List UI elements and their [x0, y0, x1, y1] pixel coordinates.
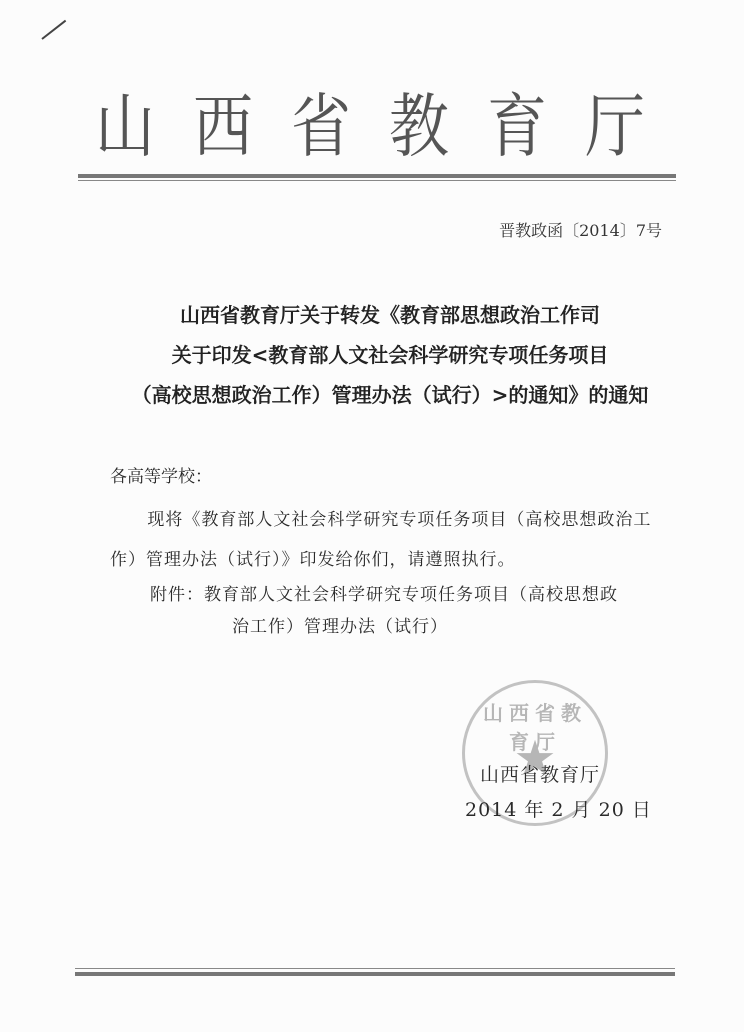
letterhead-title: 山 西 省 教 育 厅 [95, 92, 645, 162]
letterhead-rule-thick [78, 174, 676, 178]
footer-rule-thick [75, 972, 675, 976]
signature-organization: 山西省教育厅 [480, 760, 600, 787]
document-page: 山 西 省 教 育 厅 晋教政函〔2014〕7号 山西省教育厅关于转发《教育部思… [0, 0, 744, 1032]
signature-date: 2014 年 2 月 20 日 [465, 795, 652, 822]
letterhead-rule-thin [78, 180, 676, 181]
document-title: 山西省教育厅关于转发《教育部思想政治工作司 关于印发<教育部人文社会科学研究专项… [100, 295, 680, 415]
title-line: 关于印发<教育部人文社会科学研究专项任务项目 [100, 335, 680, 375]
letterhead-char: 育 [487, 87, 547, 168]
letterhead-char: 厅 [585, 87, 645, 168]
footer-rule-thin [75, 968, 675, 969]
letterhead-char: 教 [389, 87, 449, 168]
title-line: （高校思想政治工作）管理办法（试行）>的通知》的通知 [100, 375, 680, 415]
pen-mark [41, 20, 66, 40]
salutation: 各高等学校： [110, 462, 212, 487]
letterhead-char: 西 [193, 87, 253, 168]
document-number: 晋教政函〔2014〕7号 [499, 218, 662, 241]
body-paragraph: 现将《教育部人文社会科学研究专项任务项目（高校思想政治工作）管理办法（试行）》印… [110, 500, 675, 580]
title-line: 山西省教育厅关于转发《教育部思想政治工作司 [100, 295, 680, 335]
attachment-line: 附件：教育部人文社会科学研究专项任务项目（高校思想政 [150, 575, 675, 615]
attachment-line-continued: 治工作）管理办法（试行） [232, 612, 448, 637]
letterhead-char: 省 [291, 87, 351, 168]
letterhead-char: 山 [95, 87, 155, 168]
